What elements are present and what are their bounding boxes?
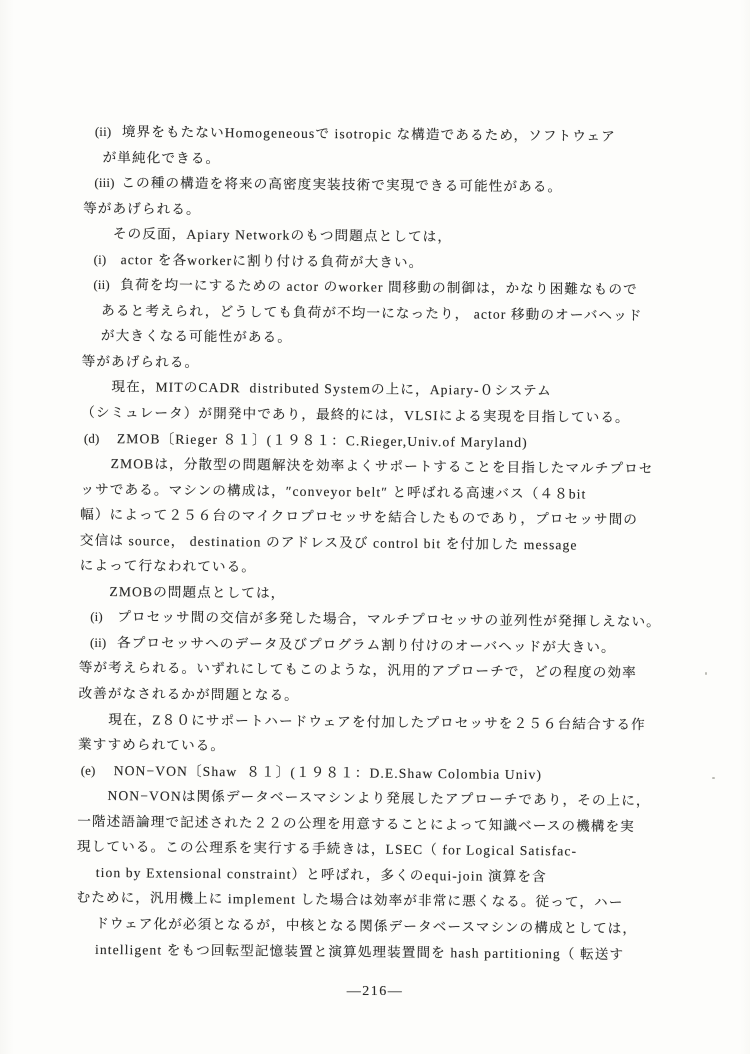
line-text: 境界をもたないHomogeneousで isotropic な構造であるため，ソ…: [122, 124, 616, 144]
line-text: ZMOB〔Rieger ８１〕(１９８１：C.Rieger,Univ.of Ma…: [117, 431, 528, 450]
line-text: 等があげられる。: [82, 354, 200, 370]
line-text: ZMOBは，分散型の問題解決を効率よくサポートすることを目指したマルチプロセ: [111, 456, 654, 476]
line-text: その反面，Apiary Networkのもつ問題点としては，: [113, 226, 452, 244]
line-text: 現在，MITのCADR distributed Systemの上に，Apiary…: [111, 379, 552, 398]
line-text: 等が考えられる。いずれにしてもこのような，汎用的アプローチで，どの程度の効率: [79, 660, 637, 680]
line-text: 現在，Z８０にサポートハードウェアを付加したプロセッサを２５６台結合する作: [108, 712, 646, 732]
list-marker: (e): [81, 763, 114, 778]
list-marker: (ii): [93, 278, 120, 293]
line-text: 一階述語論理で記述された２２の公理を用意することによって知識ベースの機構を実: [77, 813, 635, 833]
line-text: tion by Extensional constraint）と呼ばれ，多くのe…: [96, 865, 547, 884]
line-text: 業すすめられている。: [78, 737, 225, 753]
page-number: —216—: [0, 984, 750, 1000]
list-marker: (d): [84, 431, 117, 446]
line-text: NON−VONは関係データベースマシンより発展したアプローチであり，その上に，: [107, 788, 650, 808]
line-text: 交信は source， destination のアドレス及び control …: [80, 532, 578, 552]
line-text: 改善がなされるかが問題となる。: [78, 686, 299, 703]
line-text: この種の構造を将来の高密度実装技術で実現できる可能性がある。: [121, 175, 562, 194]
line-text: によって行なわれている。: [80, 558, 256, 575]
line-text: が単純化できる。: [103, 149, 221, 165]
list-marker: (i): [90, 610, 117, 625]
line-text: 各プロセッサへのデータ及びプログラム割り付けのオーバヘッドが大きい。: [117, 635, 616, 655]
scan-speck: [712, 777, 715, 779]
line-text: あると考えられ，どうしても負荷が不均一になったり， actor 移動のオーバヘッ…: [101, 303, 643, 323]
line-text: ッサである。マシンの構成は，″conveyor belt″ と呼ばれる高速バス（…: [80, 481, 586, 501]
line-text: ドウェア化が必須となるが，中核となる関係データベースマシンの構成としては，: [95, 916, 637, 936]
line-text: 負荷を均一にするための actor のworker 間移動の制御は，かなり困難な…: [120, 277, 638, 297]
line-text: 幅）によって２５６台のマイクロプロセッサを結合したものであり，プロセッサ間の: [80, 507, 638, 527]
line-text: NON−VON〔Shaw ８１〕(１９８１：D.E.Shaw Colombia …: [114, 763, 542, 782]
line-text: actor を各workerに割り付ける負荷が大きい。: [121, 252, 424, 270]
line-text: プロセッサ間の交信が多発した場合，マルチプロセッサの並列性が発揮しえない。: [117, 609, 661, 629]
line-text: が大きくなる可能性がある。: [101, 328, 292, 345]
list-marker: (ii): [90, 636, 117, 651]
scanned-page: (ii)境界をもたないHomogeneousで isotropic な構造である…: [0, 0, 750, 1054]
list-marker: (iii): [94, 176, 121, 191]
line-text: ZMOBの問題点としては，: [109, 584, 285, 601]
list-marker: (ii): [95, 125, 122, 140]
scan-speck: [705, 672, 707, 675]
page-text: (ii)境界をもたないHomogeneousで isotropic な構造である…: [0, 119, 750, 969]
line-text: intelligent をもつ回転型記憶装置と演算処理装置間を hash par…: [95, 941, 624, 961]
list-marker: (i): [94, 253, 121, 268]
line-text: 現している。この公理系を実行する手続きは，LSEC（ for Logical S…: [77, 839, 577, 859]
line-text: むために，汎用機上に implement した場合は効率が非常に悪くなる。従って…: [76, 890, 623, 910]
line-text: 等があげられる。: [83, 200, 201, 216]
line-text: （シミュレータ）が開発中であり，最終的には，VLSIによる実現を目指している。: [81, 405, 630, 425]
